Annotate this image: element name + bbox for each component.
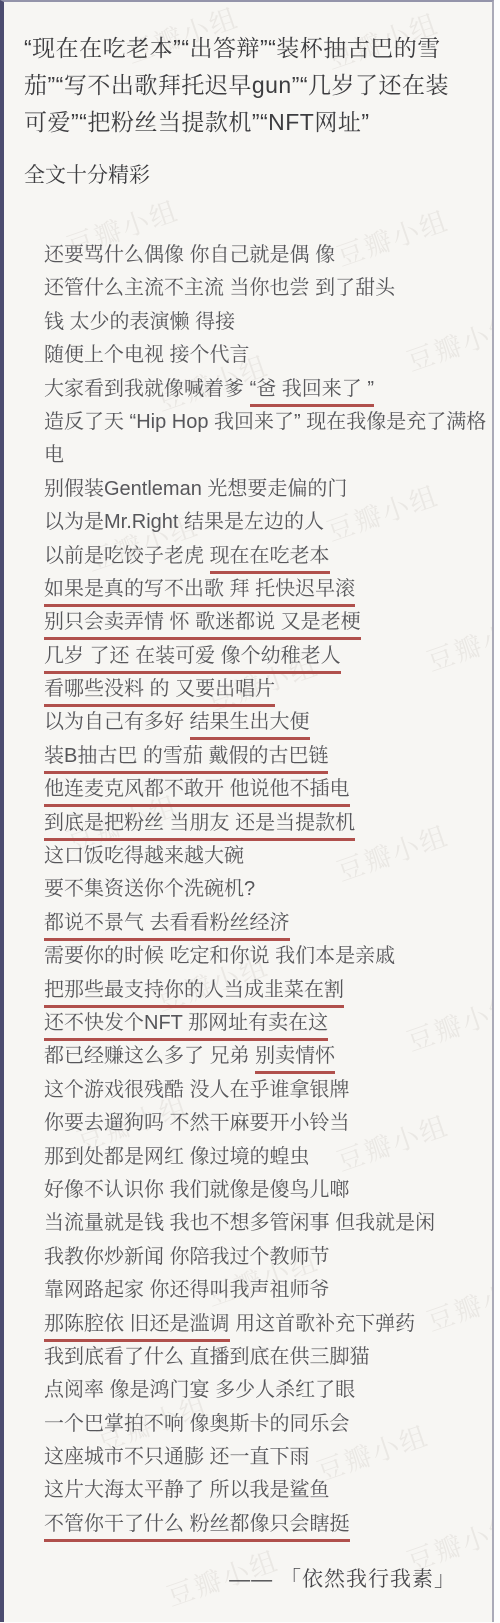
lyric-line: 那陈腔依 旧还是滥调 用这首歌补充下弹药	[44, 1308, 458, 1341]
lyric-underlined-text: “爸 我回来了 ”	[250, 378, 374, 407]
header-quotes: “现在在吃老本”“出答辩”“装杯抽古巴的雪茄”“写不出歌拜托迟早gun”“几岁了…	[24, 30, 472, 141]
lyric-line: 好像不认识你 我们就像是傻鸟儿啷	[44, 1174, 458, 1207]
lyric-underlined-text: 还不快发个NFT 那网址有卖在这	[44, 1012, 328, 1041]
lyric-text: 靠网路起家 你还得叫我声祖师爷	[44, 1279, 330, 1301]
lyric-line: 那到处都是网红 像过境的蝗虫	[44, 1141, 458, 1174]
lyric-line: 他连麦克风都不敢开 他说他不插电	[44, 773, 458, 806]
lyric-line: 靠网路起家 你还得叫我声祖师爷	[44, 1274, 458, 1307]
lyric-text: 这个游戏很残酷 没人在乎谁拿银牌	[44, 1079, 350, 1101]
lyric-line: 一个巴掌拍不响 像奥斯卡的同乐会	[44, 1408, 458, 1441]
lyric-text: 一个巴掌拍不响 像奥斯卡的同乐会	[44, 1413, 350, 1435]
lyric-text: 要不集资送你个洗碗机?	[44, 878, 255, 900]
lyric-line: 以前是吃饺子老虎 现在在吃老本	[44, 540, 458, 573]
lyric-text: 电	[44, 444, 64, 466]
lyric-line: 不管你干了什么 粉丝都像只会瞎挺	[44, 1508, 458, 1541]
lyric-text: 以为是Mr.Right 结果是左边的人	[44, 511, 324, 533]
lyric-text: 都已经赚这么多了 兄弟	[44, 1045, 255, 1067]
lyric-line: 都已经赚这么多了 兄弟 别卖情怀	[44, 1040, 458, 1073]
lyric-underlined-text: 不管你干了什么 粉丝都像只会瞎挺	[44, 1513, 350, 1542]
lyric-line: 随便上个电视 接个代言	[44, 339, 458, 372]
lyric-line: 要不集资送你个洗碗机?	[44, 873, 458, 906]
lyric-text: 这片大海太平静了 所以我是鲨鱼	[44, 1479, 330, 1501]
lyric-text: 以前是吃饺子老虎	[44, 545, 210, 567]
lyrics-list: 还要骂什么偶像 你自己就是偶 像还管什么主流不主流 当你也尝 到了甜头钱 太少的…	[44, 239, 458, 1541]
lyric-underlined-text: 结果生出大便	[190, 711, 310, 740]
lyric-text: 以为自己有多好	[44, 711, 190, 733]
lyric-line: 当流量就是钱 我也不想多管闲事 但我就是闲	[44, 1207, 458, 1240]
lyric-line: 钱 太少的表演懒 得接	[44, 306, 458, 339]
lyric-line: 如果是真的写不出歌 拜 托快迟早滚	[44, 573, 458, 606]
lyric-line: 我到底看了什么 直播到底在供三脚猫	[44, 1341, 458, 1374]
lyric-underlined-text: 到底是把粉丝 当朋友 还是当提款机	[44, 812, 355, 841]
lyric-underlined-text: 看哪些没料 的 又要出唱片	[44, 678, 275, 707]
lyric-text: 你要去遛狗吗 不然干麻要开小铃当	[44, 1112, 350, 1134]
lyric-line: 这口饭吃得越来越大碗	[44, 840, 458, 873]
lyric-text: 钱 太少的表演懒 得接	[44, 311, 235, 333]
lyric-underlined-text: 现在在吃老本	[210, 545, 330, 574]
lyric-line: 大家看到我就像喊着爹 “爸 我回来了 ”	[44, 373, 458, 406]
lyric-line: 点阅率 像是鸿门宴 多少人杀红了眼	[44, 1374, 458, 1407]
screenshot-page: 豆瓣小组豆瓣小组豆瓣小组豆瓣小组豆瓣小组豆瓣小组豆瓣小组豆瓣小组豆瓣小组豆瓣小组…	[0, 0, 494, 1622]
lyric-line: 你要去遛狗吗 不然干麻要开小铃当	[44, 1107, 458, 1140]
lyric-line: 几岁 了还 在装可爱 像个幼稚老人	[44, 640, 458, 673]
lyric-underlined-text: 都说不景气 去看看粉丝经济	[44, 912, 290, 941]
lyric-line: 还要骂什么偶像 你自己就是偶 像	[44, 239, 458, 272]
lyric-line: 这个游戏很残酷 没人在乎谁拿银牌	[44, 1074, 458, 1107]
lyric-line: 还不快发个NFT 那网址有卖在这	[44, 1007, 458, 1040]
lyric-underlined-text: 把那些最支持你的人当成韭菜在割	[44, 979, 344, 1008]
lyric-underlined-text: 装B抽古巴 的雪茄 戴假的古巴链	[44, 745, 328, 774]
lyric-line: 都说不景气 去看看粉丝经济	[44, 907, 458, 940]
lyric-line: 这座城市不只通膨 还一直下雨	[44, 1441, 458, 1474]
lyric-text: 那到处都是网红 像过境的蝗虫	[44, 1146, 310, 1168]
lyric-line: 我教你炒新闻 你陪我过个教师节	[44, 1241, 458, 1274]
lyric-text: 需要你的时候 吃定和你说 我们本是亲戚	[44, 945, 395, 967]
lyric-text: 我教你炒新闻 你陪我过个教师节	[44, 1246, 330, 1268]
lyric-text: 造反了天 “Hip Hop 我回来了” 现在我像是充了满格	[44, 411, 486, 433]
lyric-text: 大家看到我就像喊着爹	[44, 378, 250, 400]
lyric-text: 这座城市不只通膨 还一直下雨	[44, 1446, 310, 1468]
lyric-underlined-text: 别只会卖弄情 怀 歌迷都说 又是老梗	[44, 611, 361, 640]
lyric-line: 以为是Mr.Right 结果是左边的人	[44, 506, 458, 539]
lyric-underlined-text: 如果是真的写不出歌 拜 托快迟早滚	[44, 578, 355, 607]
lyric-line: 造反了天 “Hip Hop 我回来了” 现在我像是充了满格	[44, 406, 458, 439]
lyric-line: 把那些最支持你的人当成韭菜在割	[44, 974, 458, 1007]
lyric-underlined-text: 他连麦克风都不敢开 他说他不插电	[44, 778, 350, 807]
lyric-text: 好像不认识你 我们就像是傻鸟儿啷	[44, 1179, 350, 1201]
lyric-text: 点阅率 像是鸿门宴 多少人杀红了眼	[44, 1379, 355, 1401]
lyric-line: 别只会卖弄情 怀 歌迷都说 又是老梗	[44, 606, 458, 639]
lyric-underlined-text: 几岁 了还 在装可爱 像个幼稚老人	[44, 645, 341, 674]
lyric-line: 别假装Gentleman 光想要走偏的门	[44, 473, 458, 506]
lyric-text: 这口饭吃得越来越大碗	[44, 845, 244, 867]
lyric-text: 还要骂什么偶像 你自己就是偶 像	[44, 244, 335, 266]
lyric-line: 需要你的时候 吃定和你说 我们本是亲戚	[44, 940, 458, 973]
lyric-line: 以为自己有多好 结果生出大便	[44, 706, 458, 739]
lyric-text: 我到底看了什么 直播到底在供三脚猫	[44, 1346, 370, 1368]
lyric-underlined-text: 那陈腔依 旧还是滥调	[44, 1313, 230, 1342]
lyric-text: 别假装Gentleman 光想要走偏的门	[44, 478, 347, 500]
lyric-line: 看哪些没料 的 又要出唱片	[44, 673, 458, 706]
lyric-text: 用这首歌补充下弹药	[230, 1313, 416, 1335]
lyric-line: 到底是把粉丝 当朋友 还是当提款机	[44, 807, 458, 840]
lyric-line: 这片大海太平静了 所以我是鲨鱼	[44, 1474, 458, 1507]
song-attribution: —— 「依然我行我素」	[44, 1565, 458, 1594]
subtitle: 全文十分精彩	[24, 161, 458, 190]
lyric-underlined-text: 别卖情怀	[255, 1045, 335, 1074]
lyric-line: 电	[44, 439, 458, 472]
lyric-text: 随便上个电视 接个代言	[44, 344, 250, 366]
lyric-line: 还管什么主流不主流 当你也尝 到了甜头	[44, 272, 458, 305]
lyric-text: 当流量就是钱 我也不想多管闲事 但我就是闲	[44, 1212, 435, 1234]
lyric-line: 装B抽古巴 的雪茄 戴假的古巴链	[44, 740, 458, 773]
lyric-text: 还管什么主流不主流 当你也尝 到了甜头	[44, 277, 395, 299]
